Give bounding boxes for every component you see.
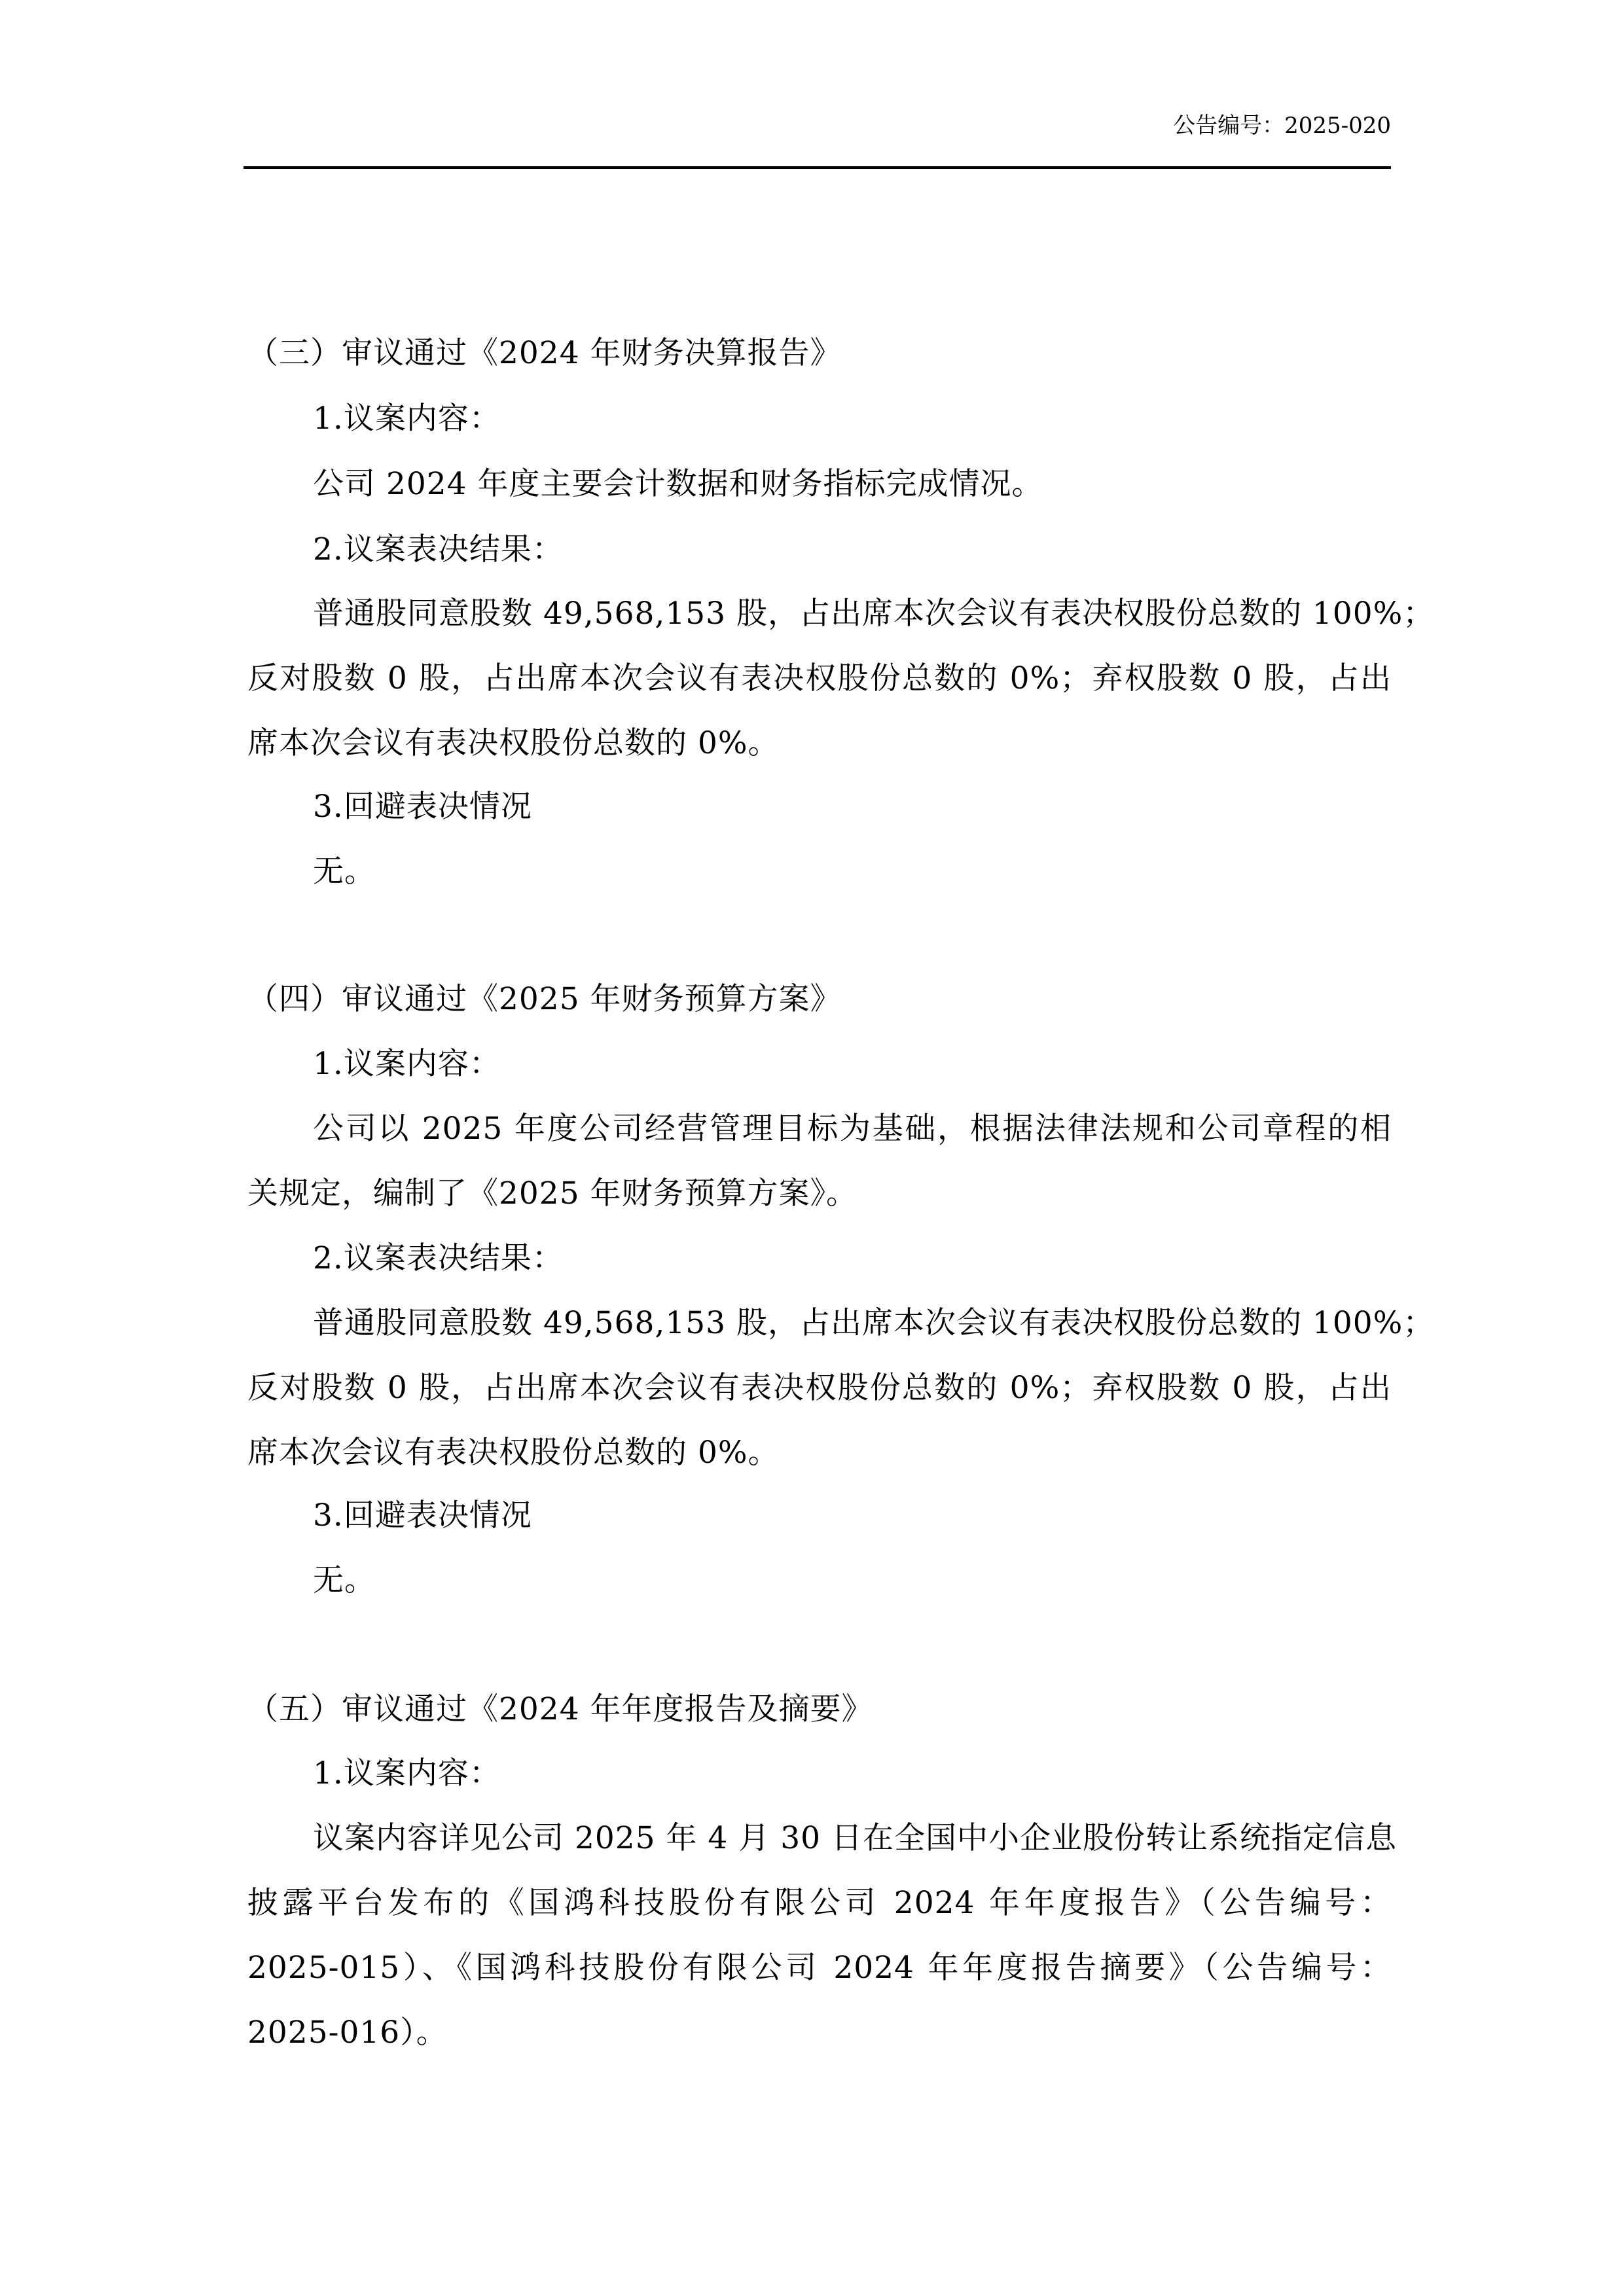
section-title: （五）审议通过《2024 年年度报告及摘要》 — [247, 1690, 1392, 1729]
content-text: 关规定，编制了《2025 年财务预算方案》。 — [247, 1174, 1392, 1213]
result-text: 反对股数 0 股，占出席本次会议有表决权股份总数的 0%；弃权股数 0 股，占出 — [247, 1369, 1392, 1408]
result-label: 2.议案表决结果： — [247, 530, 1392, 569]
result-text: 席本次会议有表决权股份总数的 0%。 — [247, 724, 1392, 763]
section-title: （四）审议通过《2025 年财务预算方案》 — [247, 980, 1392, 1019]
content-label: 1.议案内容： — [247, 1045, 1392, 1084]
result-text: 反对股数 0 股，占出席本次会议有表决权股份总数的 0%；弃权股数 0 股，占出 — [247, 659, 1392, 698]
section-title: （三）审议通过《2024 年财务决算报告》 — [247, 334, 1392, 373]
content-text: 公司以 2025 年度公司经营管理目标为基础，根据法律法规和公司章程的相 — [247, 1109, 1392, 1149]
content-text: 披露平台发布的《国鸿科技股份有限公司 2024 年年度报告》（公告编号： — [247, 1884, 1392, 1923]
recusal-label: 3.回避表决情况 — [247, 787, 1392, 827]
recusal-value: 无。 — [247, 852, 1392, 891]
recusal-value: 无。 — [247, 1561, 1392, 1600]
content-label: 1.议案内容： — [247, 399, 1392, 439]
content-text: 议案内容详见公司 2025 年 4 月 30 日在全国中小企业股份转让系统指定信… — [247, 1819, 1392, 1858]
announcement-number: 公告编号：2025-020 — [1173, 113, 1391, 139]
content-text: 2025-016）。 — [247, 2013, 1392, 2053]
result-text: 席本次会议有表决权股份总数的 0%。 — [247, 1433, 1392, 1473]
content-label: 1.议案内容： — [247, 1754, 1392, 1793]
result-label: 2.议案表决结果： — [247, 1239, 1392, 1278]
recusal-label: 3.回避表决情况 — [247, 1496, 1392, 1535]
content-text: 2025-015）、《国鸿科技股份有限公司 2024 年年度报告摘要》（公告编号… — [247, 1948, 1392, 1988]
result-text: 普通股同意股数 49,568,153 股，占出席本次会议有表决权股份总数的 10… — [247, 594, 1392, 634]
header-divider — [244, 166, 1391, 169]
result-text: 普通股同意股数 49,568,153 股，占出席本次会议有表决权股份总数的 10… — [247, 1304, 1392, 1343]
content-text: 公司 2024 年度主要会计数据和财务指标完成情况。 — [247, 465, 1392, 504]
